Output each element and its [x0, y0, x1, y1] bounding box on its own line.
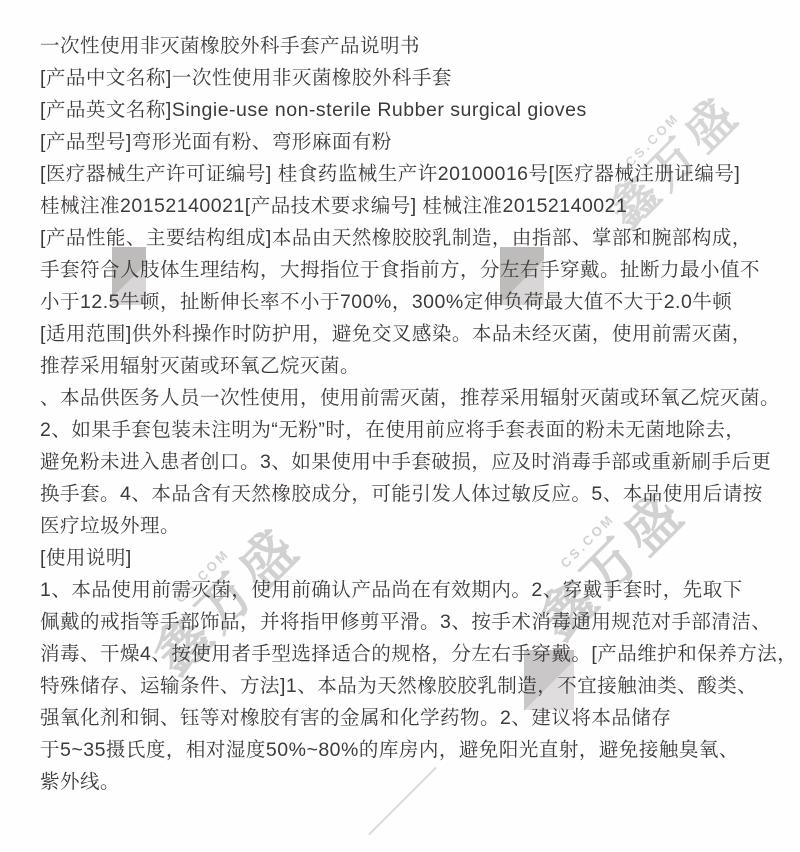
doc-line: 紫外线。	[40, 766, 770, 798]
doc-line: 换手套。4、本品含有天然橡胶成分，可能引发人体过敏反应。5、本品使用后请按	[40, 478, 770, 510]
doc-line: 消毒、干燥4、按使用者手型选择适合的规格，分左右手穿戴。[产品维护和保养方法，	[40, 638, 770, 670]
doc-line: 特殊储存、运输条件、方法]1、本品为天然橡胶胶乳制造，不宜接触油类、酸类、	[40, 670, 770, 702]
doc-line: 强氧化剂和铜、钰等对橡胶有害的金属和化学药物。2、建议将本品储存	[40, 702, 770, 734]
doc-line: 小于12.5牛顿，扯断伸长率不小于700%，300%定伸负荷最大值不大于2.0牛…	[40, 286, 770, 318]
doc-line: 推荐采用辐射灭菌或环氧乙烷灭菌。	[40, 350, 770, 382]
doc-line: [适用范围]供外科操作时防护用，避免交叉感染。本品未经灭菌，使用前需灭菌，	[40, 318, 770, 350]
doc-line: 佩戴的戒指等手部饰品，并将指甲修剪平滑。3、按手术消毒通用规范对手部清洁、	[40, 606, 770, 638]
doc-line: [医疗器械生产许可证编号] 桂食药监械生产许20100016号[医疗器械注册证编…	[40, 158, 770, 190]
doc-line: 2、如果手套包装未注明为“无粉”时，在使用前应将手套表面的粉未无菌地除去，	[40, 414, 770, 446]
doc-line: 医疗垃圾外理。	[40, 510, 770, 542]
doc-line: [产品英文名称]Singie-use non-sterile Rubber su…	[40, 94, 770, 126]
doc-line: 、本品供医务人员一次性使用，使用前需灭菌，推荐采用辐射灭菌或环氧乙烷灭菌。	[40, 382, 770, 414]
doc-line: 1、本品使用前需灭菌，使用前确认产品尚在有效期内。2、穿戴手套时，先取下	[40, 574, 770, 606]
doc-line: 手套符合人肢体生理结构，大拇指位于食指前方，分左右手穿戴。扯断力最小值不	[40, 254, 770, 286]
doc-line: 桂械注准20152140021[产品技术要求编号] 桂械注准2015214002…	[40, 190, 770, 222]
doc-line: 避免粉未进入患者创口。3、如果使用中手套破损，应及时消毒手部或重新刷手后更	[40, 446, 770, 478]
instruction-document-page: CS.COM 鑫万盛 CS.COM 鑫万盛 CS.COM 鑫万盛 一次性使用非灭…	[0, 0, 800, 852]
doc-line: [产品中文名称]一次性使用非灭菌橡胶外科手套	[40, 62, 770, 94]
document-body: 一次性使用非灭菌橡胶外科手套产品说明书 [产品中文名称]一次性使用非灭菌橡胶外科…	[40, 30, 770, 798]
doc-line: [产品性能、主要结构组成]本品由天然橡胶胶乳制造，由指部、掌部和腕部构成，	[40, 222, 770, 254]
doc-title: 一次性使用非灭菌橡胶外科手套产品说明书	[40, 30, 770, 62]
doc-line: [产品型号]弯形光面有粉、弯形麻面有粉	[40, 126, 770, 158]
doc-line: [使用说明]	[40, 542, 770, 574]
doc-line: 于5~35摄氏度，相对湿度50%~80%的库房内，避免阳光直射，避免接触臭氧、	[40, 734, 770, 766]
